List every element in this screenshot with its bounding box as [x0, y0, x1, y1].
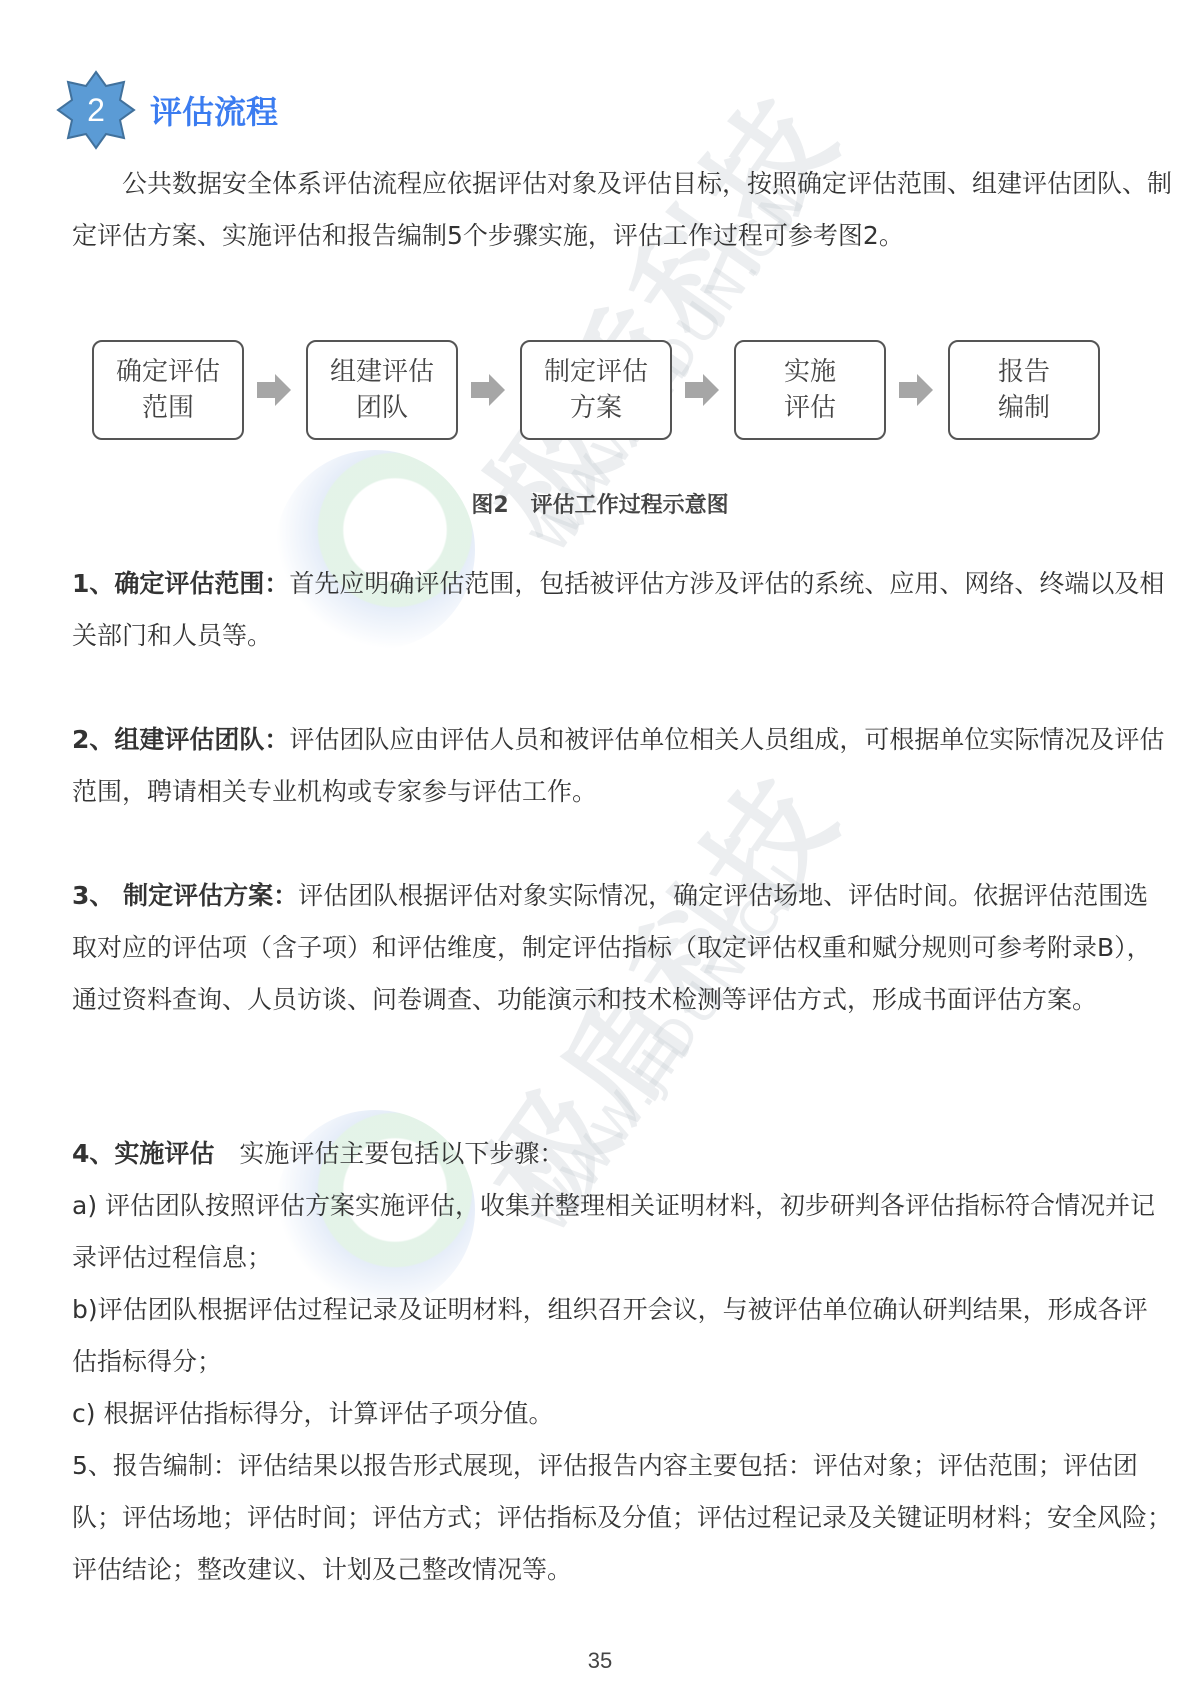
flow-step-label: 范围 — [142, 390, 194, 426]
page-number: 35 — [0, 1648, 1200, 1674]
flow-step-label: 评估 — [784, 390, 836, 426]
arrow-right-icon — [672, 340, 734, 440]
step-a: a) 评估团队按照评估方案实施评估，收集并整理相关证明材料，初步研判各评估指标符… — [72, 1180, 1172, 1284]
flow-step-4: 实施 评估 — [734, 340, 886, 440]
item-title: 1、确定评估范围： — [72, 569, 289, 598]
flow-step-label: 确定评估 — [116, 354, 220, 390]
section-number-badge: 2 — [56, 70, 136, 150]
section-title: 评估流程 — [150, 87, 278, 133]
flow-step-label: 实施 — [784, 354, 836, 390]
flow-step-1: 确定评估 范围 — [92, 340, 244, 440]
flow-step-2: 组建评估 团队 — [306, 340, 458, 440]
flow-step-label: 报告 — [998, 354, 1050, 390]
item-title: 3、 制定评估方案： — [72, 881, 298, 910]
arrow-right-icon — [458, 340, 520, 440]
arrow-right-icon — [244, 340, 306, 440]
item-1: 1、确定评估范围：首先应明确评估范围，包括被评估方涉及评估的系统、应用、网络、终… — [72, 558, 1172, 662]
item-text: 实施评估主要包括以下步骤： — [214, 1139, 564, 1168]
section-header: 2 评估流程 — [56, 70, 278, 150]
figure-caption: 图2 评估工作过程示意图 — [0, 488, 1200, 519]
item-2: 2、组建评估团队：评估团队应由评估人员和被评估单位相关人员组成，可根据单位实际情… — [72, 714, 1172, 818]
item-title: 2、组建评估团队： — [72, 725, 289, 754]
intro-paragraph: 公共数据安全体系评估流程应依据评估对象及评估目标，按照确定评估范围、组建评估团队… — [72, 158, 1172, 262]
item-4: 4、实施评估 实施评估主要包括以下步骤： a) 评估团队按照评估方案实施评估，收… — [72, 1128, 1172, 1596]
flow-step-5: 报告 编制 — [948, 340, 1100, 440]
flow-step-3: 制定评估 方案 — [520, 340, 672, 440]
section-number: 2 — [56, 70, 136, 150]
flow-step-label: 团队 — [356, 390, 408, 426]
flow-step-label: 方案 — [570, 390, 622, 426]
flow-step-label: 编制 — [998, 390, 1050, 426]
step-c: c) 根据评估指标得分，计算评估子项分值。 — [72, 1388, 1172, 1440]
arrow-right-icon — [886, 340, 948, 440]
item-3: 3、 制定评估方案：评估团队根据评估对象实际情况，确定评估场地、评估时间。依据评… — [72, 870, 1172, 1026]
step-b: b)评估团队根据评估过程记录及证明材料，组织召开会议，与被评估单位确认研判结果，… — [72, 1284, 1172, 1388]
flow-step-label: 组建评估 — [330, 354, 434, 390]
flow-step-label: 制定评估 — [544, 354, 648, 390]
process-flow-diagram: 确定评估 范围 组建评估 团队 制定评估 方案 实施 评估 报告 编制 — [92, 338, 1112, 442]
item-title: 4、实施评估 — [72, 1139, 214, 1168]
item-5-report: 5、报告编制：评估结果以报告形式展现，评估报告内容主要包括：评估对象；评估范围；… — [72, 1440, 1172, 1596]
